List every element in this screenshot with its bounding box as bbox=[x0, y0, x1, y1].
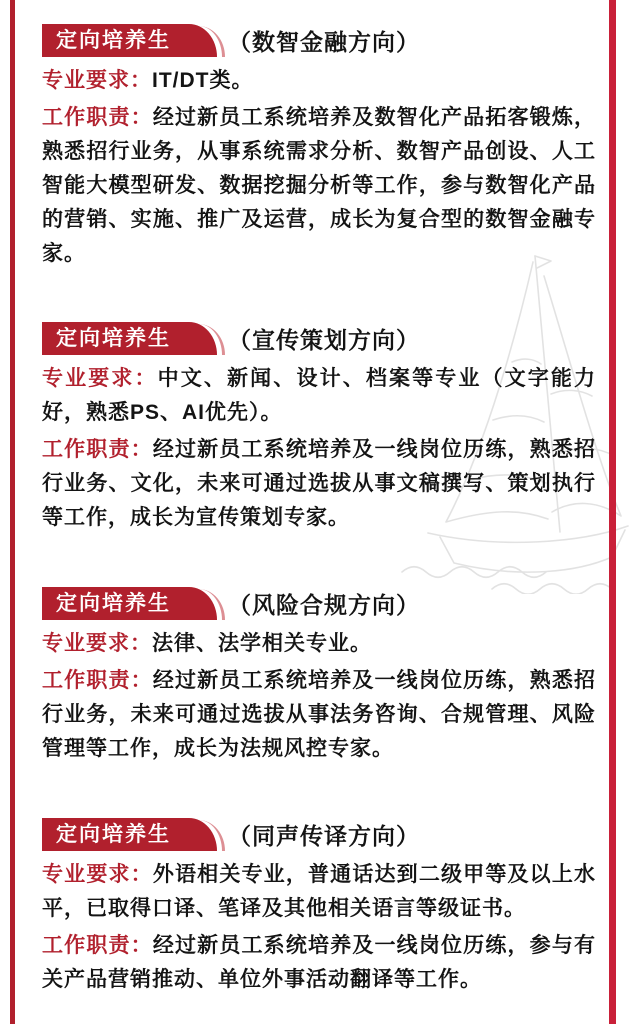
duty-label: 工作职责： bbox=[42, 106, 153, 129]
section-body: 专业要求：中文、新闻、设计、档案等专业（文字能力好，熟悉PS、AI优先）。 工作… bbox=[42, 362, 596, 535]
section-body: 专业要求：IT/DT类。 工作职责：经过新员工系统培养及数智化产品拓客锻炼，熟悉… bbox=[42, 64, 596, 271]
requirement-text: 法律、法学相关专业。 bbox=[152, 632, 372, 655]
requirement-text: IT/DT类。 bbox=[152, 69, 254, 92]
duty-label: 工作职责： bbox=[42, 669, 153, 692]
requirement-paragraph: 专业要求：IT/DT类。 bbox=[42, 64, 596, 98]
section-header: 定向培养生 （同声传译方向） bbox=[42, 818, 596, 851]
badge-label: 定向培养生 bbox=[56, 327, 171, 350]
duty-label: 工作职责： bbox=[42, 934, 153, 957]
badge-banner: 定向培养生 bbox=[42, 587, 217, 620]
badge-label: 定向培养生 bbox=[56, 823, 171, 846]
section-simultaneous-interpretation: 定向培养生 （同声传译方向） 专业要求：外语相关专业，普通话达到二级甲等及以上水… bbox=[42, 818, 596, 997]
section-publicity-planning: 定向培养生 （宣传策划方向） 专业要求：中文、新闻、设计、档案等专业（文字能力好… bbox=[42, 322, 596, 535]
badge-banner: 定向培养生 bbox=[42, 818, 217, 851]
duty-paragraph: 工作职责：经过新员工系统培养及一线岗位历练，熟悉招行业务、文化，未来可通过选拔从… bbox=[42, 433, 596, 535]
direction-title: （风险合规方向） bbox=[228, 587, 420, 620]
requirement-label: 专业要求： bbox=[42, 69, 152, 92]
section-risk-compliance: 定向培养生 （风险合规方向） 专业要求：法律、法学相关专业。 工作职责：经过新员… bbox=[42, 587, 596, 766]
requirement-paragraph: 专业要求：中文、新闻、设计、档案等专业（文字能力好，熟悉PS、AI优先）。 bbox=[42, 362, 596, 430]
section-header: 定向培养生 （风险合规方向） bbox=[42, 587, 596, 620]
requirement-paragraph: 专业要求：法律、法学相关专业。 bbox=[42, 627, 596, 661]
duty-paragraph: 工作职责：经过新员工系统培养及一线岗位历练，熟悉招行业务，未来可通过选拔从事法务… bbox=[42, 664, 596, 766]
recruitment-poster-page: 定向培养生 （数智金融方向） 专业要求：IT/DT类。 工作职责：经过新员工系统… bbox=[0, 0, 636, 1024]
duty-paragraph: 工作职责：经过新员工系统培养及数智化产品拓客锻炼，熟悉招行业务，从事系统需求分析… bbox=[42, 101, 596, 271]
badge-label: 定向培养生 bbox=[56, 592, 171, 615]
duty-paragraph: 工作职责：经过新员工系统培养及一线岗位历练，参与有关产品营销推动、单位外事活动翻… bbox=[42, 929, 596, 997]
section-body: 专业要求：法律、法学相关专业。 工作职责：经过新员工系统培养及一线岗位历练，熟悉… bbox=[42, 627, 596, 766]
direction-title: （同声传译方向） bbox=[228, 818, 420, 851]
badge-banner: 定向培养生 bbox=[42, 322, 217, 355]
badge-banner: 定向培养生 bbox=[42, 24, 217, 57]
requirement-label: 专业要求： bbox=[42, 863, 153, 886]
section-header: 定向培养生 （数智金融方向） bbox=[42, 24, 596, 57]
section-body: 专业要求：外语相关专业，普通话达到二级甲等及以上水平，已取得口译、笔译及其他相关… bbox=[42, 858, 596, 997]
duty-text: 经过新员工系统培养及数智化产品拓客锻炼，熟悉招行业务，从事系统需求分析、数智产品… bbox=[42, 106, 596, 265]
right-frame-border bbox=[609, 0, 616, 1024]
direction-title: （宣传策划方向） bbox=[228, 322, 420, 355]
left-frame-border bbox=[10, 0, 15, 1024]
requirement-label: 专业要求： bbox=[42, 367, 158, 390]
requirement-label: 专业要求： bbox=[42, 632, 152, 655]
badge-label: 定向培养生 bbox=[56, 29, 171, 52]
direction-title: （数智金融方向） bbox=[228, 24, 420, 57]
section-digital-finance: 定向培养生 （数智金融方向） 专业要求：IT/DT类。 工作职责：经过新员工系统… bbox=[42, 24, 596, 271]
requirement-paragraph: 专业要求：外语相关专业，普通话达到二级甲等及以上水平，已取得口译、笔译及其他相关… bbox=[42, 858, 596, 926]
duty-label: 工作职责： bbox=[42, 438, 153, 461]
section-header: 定向培养生 （宣传策划方向） bbox=[42, 322, 596, 355]
